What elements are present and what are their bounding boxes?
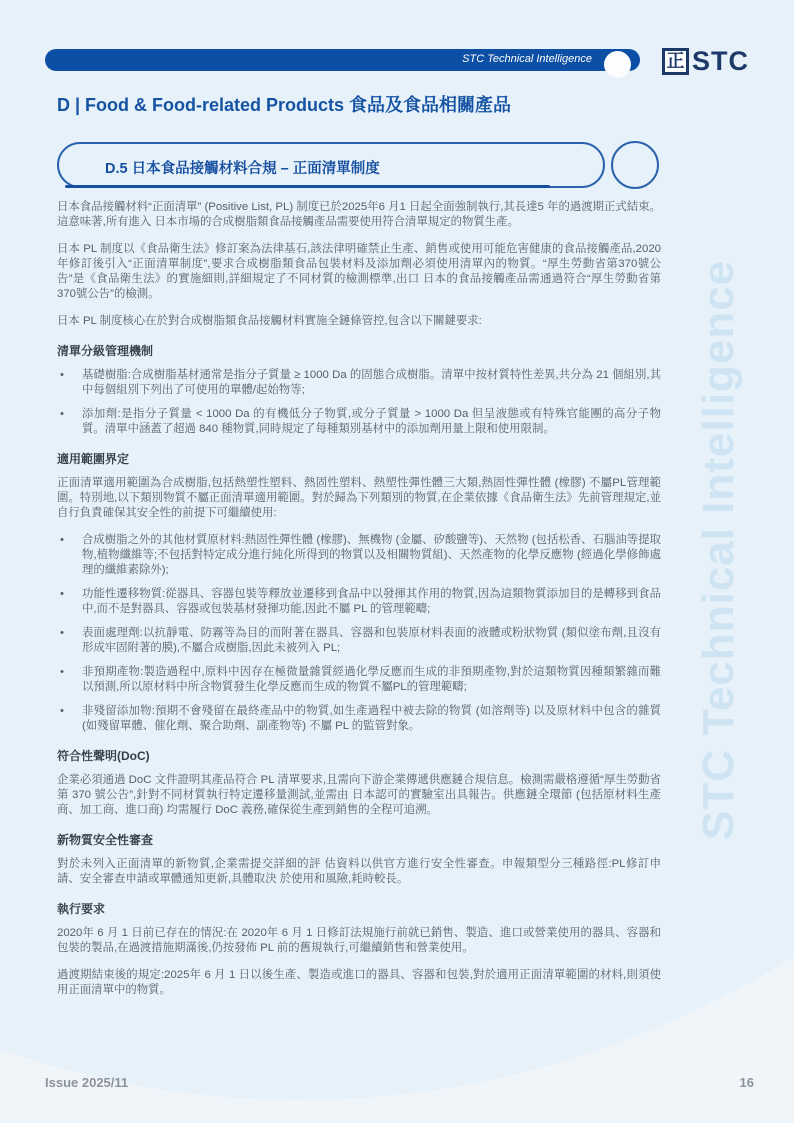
document-body: 日本食品接觸材料“正面清單” (Positive List, PL) 制度已於2… [57,200,661,1010]
section-banner-underline [65,185,550,188]
section-heading-new-substance: 新物質安全性審查 [57,833,661,848]
section-heading-enforcement: 執行要求 [57,902,661,917]
list-item: 合成樹脂之外的其他材質原材料:熱固性彈性體 (橡膠)、無機物 (金屬、矽酸鹽等)… [57,533,661,578]
section-paragraph: 過渡期結束後的規定:2025年 6 月 1 日以後生產、製造或進口的器具、容器和… [57,968,661,998]
footer-issue-label: Issue 2025/11 [45,1075,128,1090]
vertical-watermark: STC Technical Intelligence [695,260,743,840]
section-paragraph: 對於未列入正面清單的新物質,企業需提交詳細的評 估資料以供官方進行安全性審查。申… [57,857,661,887]
intro-paragraph: 日本 PL 制度以《食品衛生法》修訂案為法律基石,該法律明確禁止生產、銷售或使用… [57,242,661,302]
header-bar-label: STC Technical Intelligence [462,53,592,65]
stc-logo: 正 STC [662,46,749,77]
list-item: 表面處理劑:以抗靜電、防霧等為目的而附著在器具、容器和包裝原材料表面的液體或粉狀… [57,626,661,656]
list-item: 非殘留添加物:預期不會殘留在最終產品中的物質,如生產過程中被去除的物質 (如溶劑… [57,704,661,734]
section-heading-scope: 適用範圍界定 [57,452,661,467]
intro-paragraph: 日本 PL 制度核心在於對合成樹脂類食品接觸材料實施全鏈條管控,包含以下關鍵要求… [57,314,661,329]
header-bar-crescent-decoration [604,51,631,78]
section-banner-title: D.5 日本食品接觸材料合規 – 正面清單制度 [105,157,380,178]
footer-page-number: 16 [740,1075,754,1090]
section-paragraph: 正面清單適用範圍為合成樹脂,包括熱塑性塑料、熱固性塑料、熱塑性彈性體三大類,熱固… [57,476,661,521]
list-item: 基礎樹脂:合成樹脂基材通常是指分子質量 ≥ 1000 Da 的固態合成樹脂。清單… [57,368,661,398]
section-paragraph: 企業必須通過 DoC 文件證明其產品符合 PL 清單要求,且需向下游企業傳遞供應… [57,773,661,818]
section-banner: D.5 日本食品接觸材料合規 – 正面清單制度 [57,142,605,188]
section-banner-circle-decoration [611,141,659,189]
section-heading-doc: 符合性聲明(DoC) [57,749,661,764]
section-heading-list-tiers: 清單分級管理機制 [57,344,661,359]
header-bar: STC Technical Intelligence [45,49,640,71]
stc-logo-seal-icon: 正 [662,48,689,75]
bullet-list: 合成樹脂之外的其他材質原材料:熱固性彈性體 (橡膠)、無機物 (金屬、矽酸鹽等)… [57,533,661,734]
page-title: D | Food & Food-related Products 食品及食品相關… [57,91,511,117]
list-item: 非預期產物:製造過程中,原料中因存在極微量雜質經過化學反應而生成的非預期產物,對… [57,665,661,695]
list-item: 添加劑:是指分子質量 < 1000 Da 的有機低分子物質,或分子質量 > 10… [57,407,661,437]
bullet-list: 基礎樹脂:合成樹脂基材通常是指分子質量 ≥ 1000 Da 的固態合成樹脂。清單… [57,368,661,437]
section-paragraph: 2020年 6 月 1 日前已存在的情況:在 2020年 6 月 1 日修訂法規… [57,926,661,956]
stc-logo-text: STC [692,46,749,77]
intro-paragraph: 日本食品接觸材料“正面清單” (Positive List, PL) 制度已於2… [57,200,661,230]
list-item: 功能性遷移物質:從器具、容器包裝等釋放並遷移到食品中以發揮其作用的物質,因為這類… [57,587,661,617]
